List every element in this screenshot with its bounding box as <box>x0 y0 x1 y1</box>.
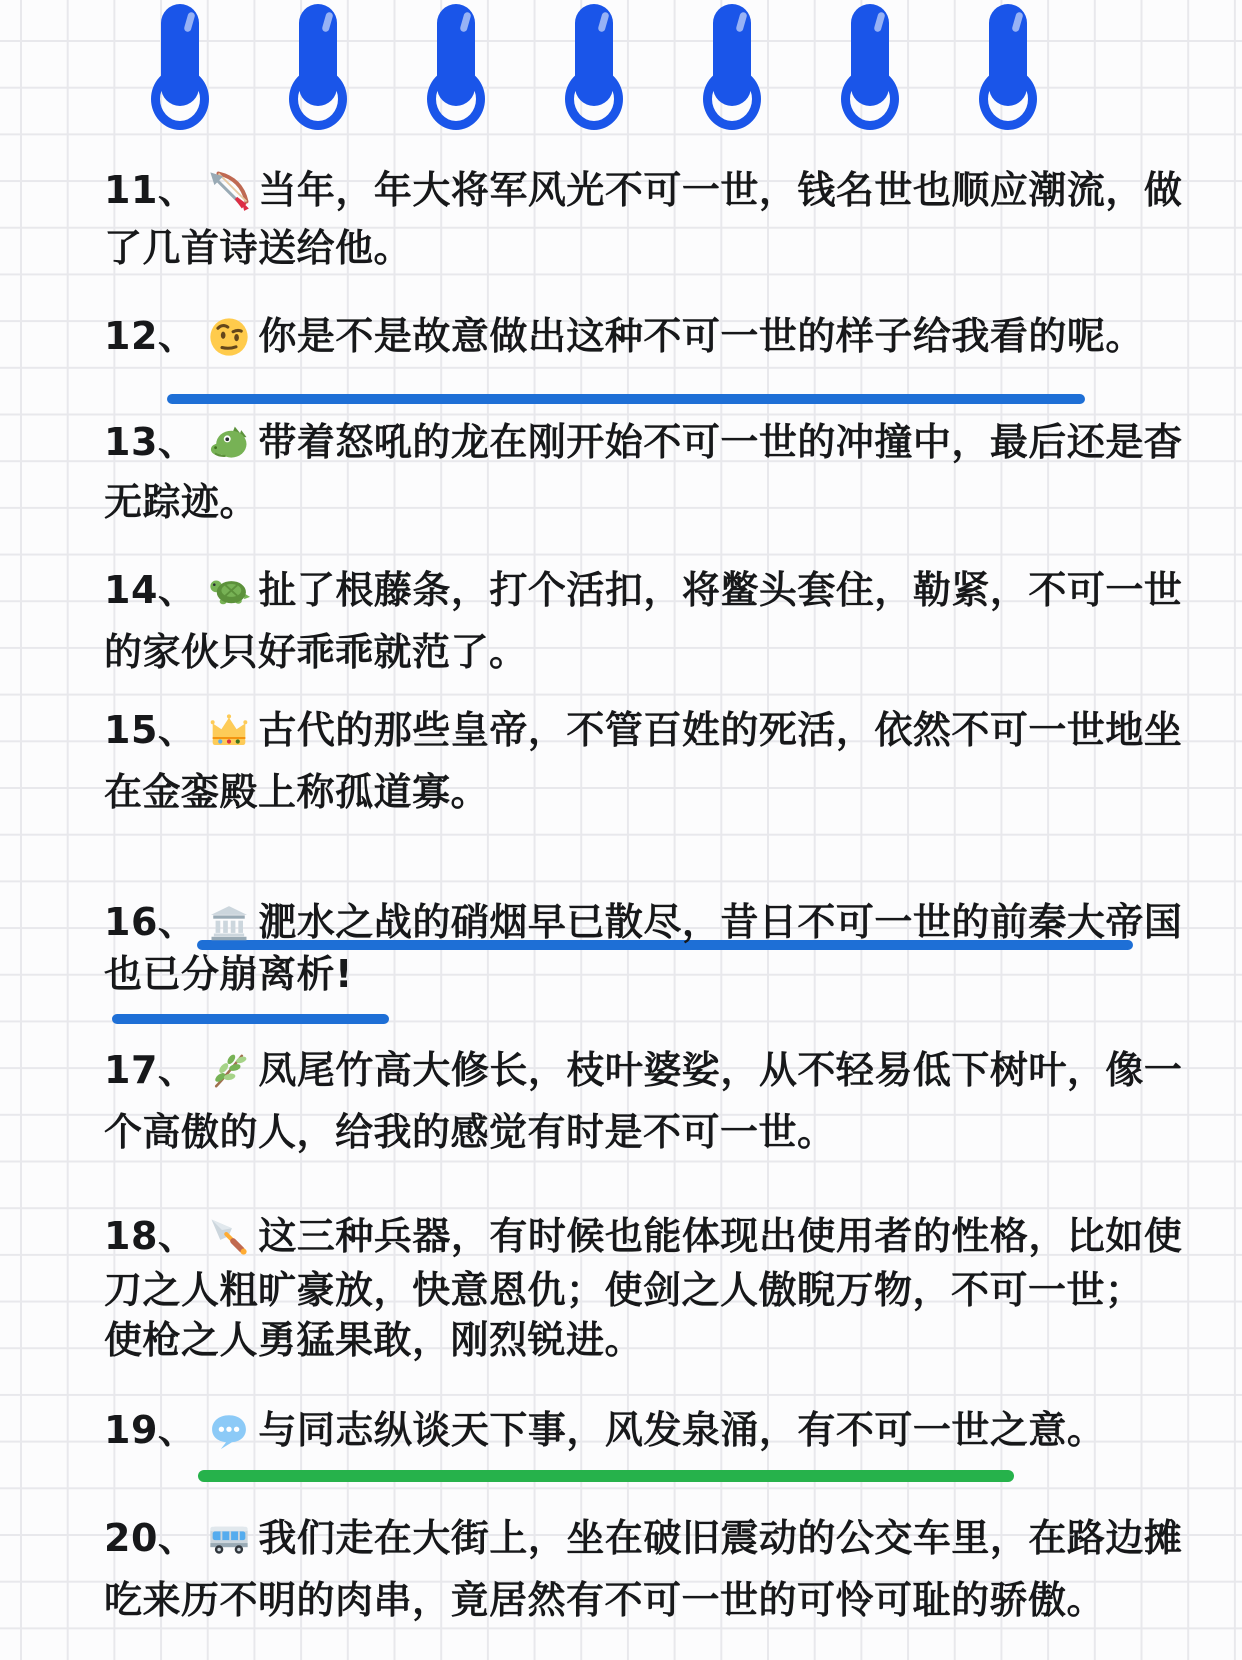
dragon-face-icon <box>208 422 254 466</box>
item-number: 17、 <box>104 1048 196 1092</box>
binder-ring <box>288 0 348 135</box>
sentence-line: 13、带着怒吼的龙在刚开始不可一世的冲撞中，最后还是杳 <box>104 418 1182 466</box>
item-number: 14、 <box>104 568 196 612</box>
bow-and-arrow-icon <box>208 170 254 214</box>
sentence-text: 我们走在大街上，坐在破旧震动的公交车里，在路边摊 <box>258 1516 1182 1560</box>
notebook-page: 11、当年，年大将军风光不可一世，钱名世也顺应潮流，做 了几首诗送给他。 12、… <box>0 0 1242 1660</box>
sentence-line: 18、这三种兵器，有时候也能体现出使用者的性格，比如使 <box>104 1212 1182 1260</box>
dagger-icon <box>208 1216 254 1260</box>
item-number: 12、 <box>104 314 196 358</box>
sentence-text: 凤尾竹高大修长，枝叶婆娑，从不轻易低下树叶，像一 <box>258 1048 1182 1092</box>
sentence-line: 17、凤尾竹高大修长，枝叶婆娑，从不轻易低下树叶，像一 <box>104 1046 1182 1094</box>
sentence-line: 吃来历不明的肉串，竟居然有不可一世的可怜可耻的骄傲。 <box>104 1576 1105 1624</box>
classical-building-icon <box>208 902 254 946</box>
herb-icon <box>208 1050 254 1094</box>
sentence-line: 刀之人粗旷豪放，快意恩仇；使剑之人傲睨万物，不可一世； <box>104 1266 1144 1314</box>
sentence-line: 16、淝水之战的硝烟早已散尽，昔日不可一世的前秦大帝国 <box>104 898 1182 946</box>
item-number: 20、 <box>104 1516 196 1560</box>
binder-ring <box>426 0 486 135</box>
item-number: 16、 <box>104 900 196 944</box>
binder-ring <box>564 0 624 135</box>
sentence-line: 使枪之人勇猛果敢，刚烈锐进。 <box>104 1316 643 1364</box>
sentence-text: 当年，年大将军风光不可一世，钱名世也顺应潮流，做 <box>258 168 1182 212</box>
crown-icon <box>208 710 254 754</box>
sentence-line: 12、你是不是故意做出这种不可一世的样子给我看的呢。 <box>104 312 1144 360</box>
binder-ring <box>978 0 1038 135</box>
sentence-text: 这三种兵器，有时候也能体现出使用者的性格，比如使 <box>258 1214 1182 1258</box>
sentence-line: 的家伙只好乖乖就范了。 <box>104 628 528 676</box>
face-with-raised-eyebrow-icon <box>208 316 254 360</box>
sentence-line: 在金銮殿上称孤道寡。 <box>104 768 489 816</box>
binder-ring <box>840 0 900 135</box>
speech-balloon-icon <box>208 1410 254 1454</box>
turtle-icon <box>208 570 254 614</box>
item-number: 18、 <box>104 1214 196 1258</box>
sentence-line: 14、扯了根藤条，打个活扣，将鳖头套住，勒紧，不可一世 <box>104 566 1182 614</box>
sentence-line: 19、与同志纵谈天下事，风发泉涌，有不可一世之意。 <box>104 1406 1105 1454</box>
marker-underline <box>112 1014 389 1024</box>
sentence-line: 了几首诗送给他。 <box>104 224 412 272</box>
sentence-text: 你是不是故意做出这种不可一世的样子给我看的呢。 <box>258 314 1144 358</box>
sentence-line: 20、我们走在大街上，坐在破旧震动的公交车里，在路边摊 <box>104 1514 1182 1562</box>
sentence-line: 11、当年，年大将军风光不可一世，钱名世也顺应潮流，做 <box>104 166 1182 214</box>
sentence-line: 15、古代的那些皇帝，不管百姓的死活，依然不可一世地坐 <box>104 706 1182 754</box>
bus-icon <box>208 1518 254 1562</box>
sentence-text: 淝水之战的硝烟早已散尽，昔日不可一世的前秦大帝国 <box>258 900 1182 944</box>
sentence-text: 带着怒吼的龙在刚开始不可一世的冲撞中，最后还是杳 <box>258 420 1182 464</box>
item-number: 13、 <box>104 420 196 464</box>
marker-underline <box>198 1470 1014 1482</box>
sentence-text: 与同志纵谈天下事，风发泉涌，有不可一世之意。 <box>258 1408 1105 1452</box>
sentence-line: 个高傲的人，给我的感觉有时是不可一世。 <box>104 1108 836 1156</box>
sentence-line: 也已分崩离析! <box>104 950 353 998</box>
sentence-line: 无踪迹。 <box>104 478 258 526</box>
item-number: 15、 <box>104 708 196 752</box>
item-number: 11、 <box>104 168 196 212</box>
sentence-text: 古代的那些皇帝，不管百姓的死活，依然不可一世地坐 <box>258 708 1182 752</box>
binder-ring <box>150 0 210 135</box>
marker-underline <box>167 394 1085 404</box>
sentence-text: 扯了根藤条，打个活扣，将鳖头套住，勒紧，不可一世 <box>258 568 1182 612</box>
binder-ring <box>702 0 762 135</box>
item-number: 19、 <box>104 1408 196 1452</box>
